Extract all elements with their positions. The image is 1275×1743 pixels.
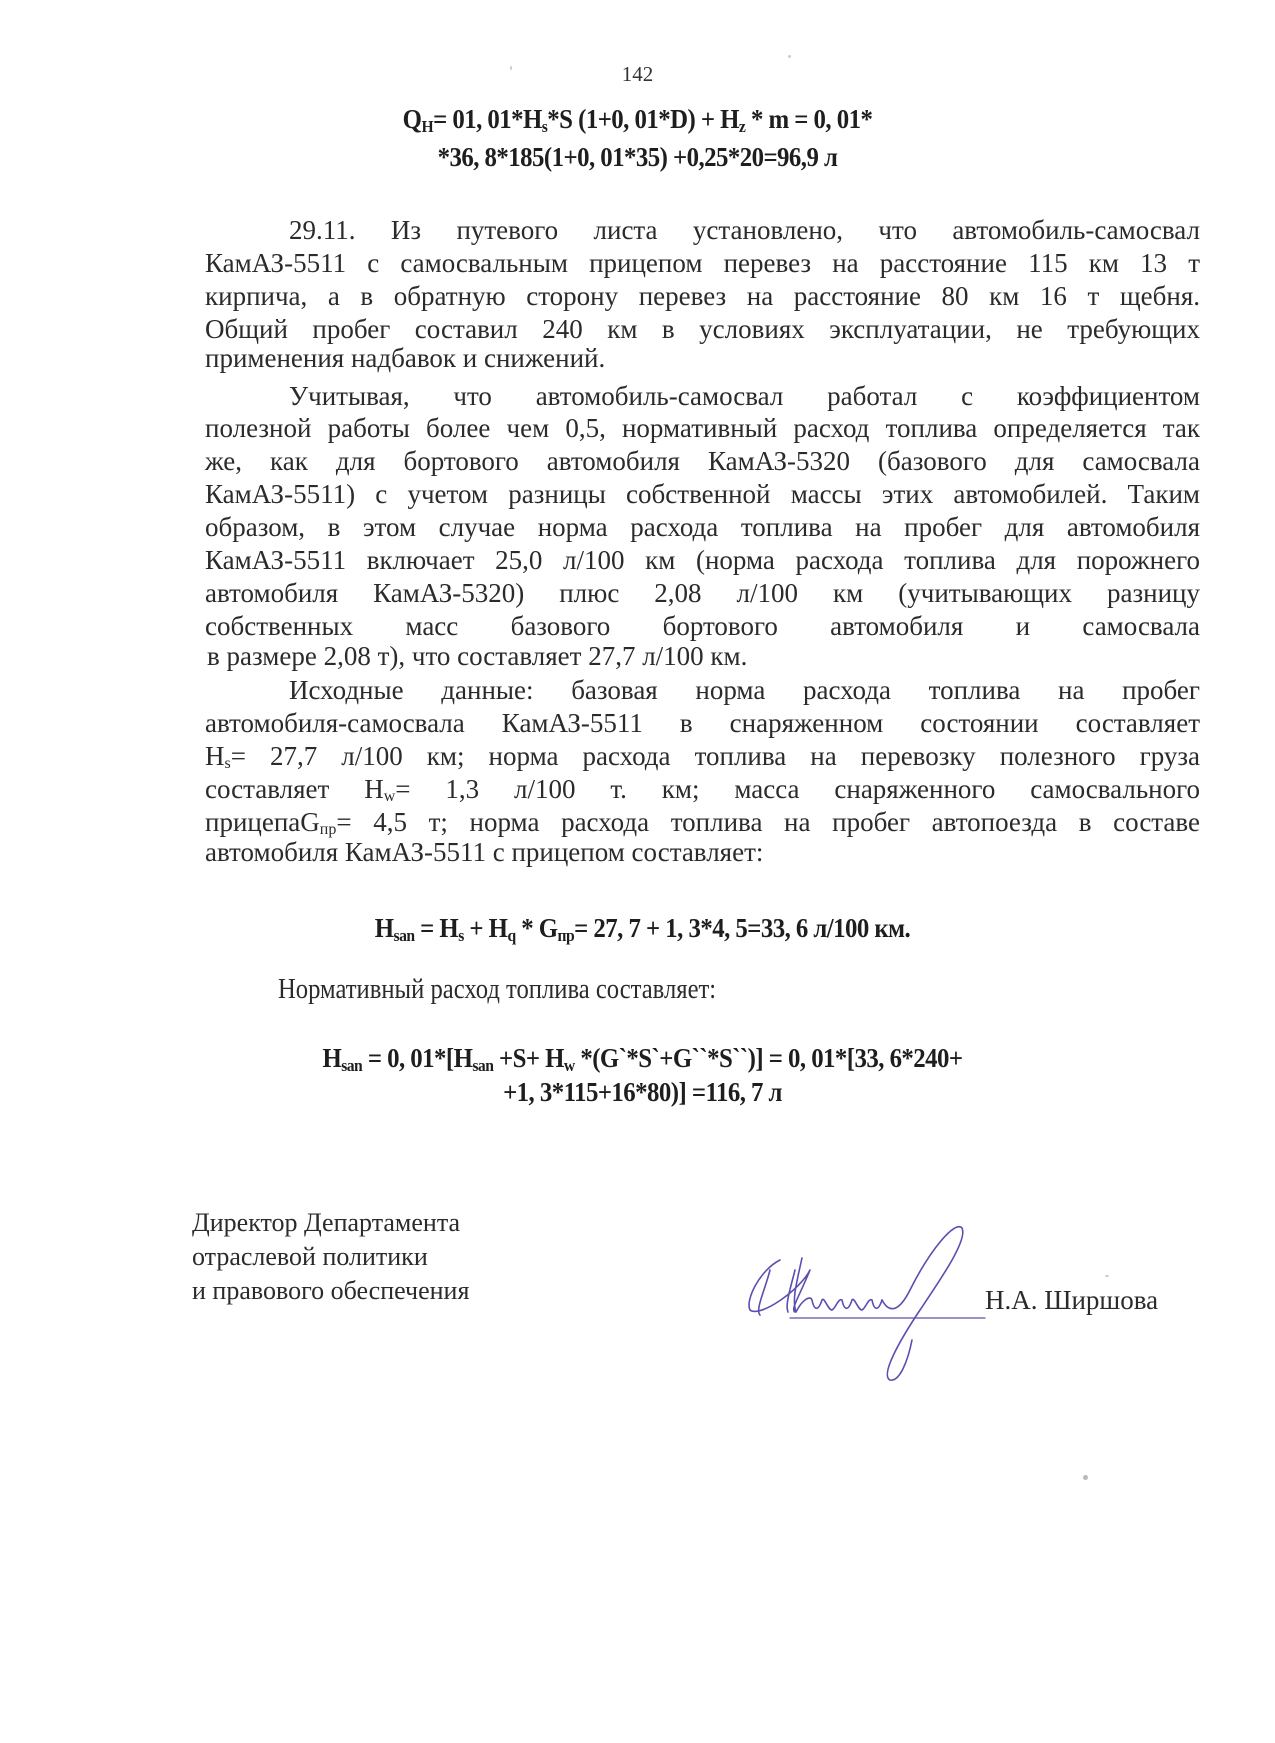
- signatory-title-line: Директор Департамента: [192, 1206, 460, 1240]
- paragraph-2-line: образом, в этом случае норма расхода топ…: [205, 511, 1200, 544]
- formula-hsan-total-line-1: Hsan = 0, 01*[Hsan +S+ Hw *(G`*S`+G``*S`…: [56, 1043, 1229, 1074]
- paragraph-3-line: прицепаGпр= 4,5 т; норма расхода топлива…: [205, 806, 1200, 839]
- paragraph-2-line: полезной работы более чем 0,5, нормативн…: [205, 412, 1200, 445]
- formula-hsan-trailer: Hsan = Hs + Hq * Gпр= 27, 7 + 1, 3*4, 5=…: [56, 913, 1229, 944]
- paragraph-2-line: в размере 2,08 т), что составляет 27,7 л…: [207, 640, 1202, 673]
- paragraph-2-line: КамАЗ-5511 включает 25,0 л/100 км (норма…: [205, 544, 1200, 577]
- document-page: 142 QH= 01, 01*Hs*S (1+0, 01*D) + Hz * m…: [0, 0, 1275, 1743]
- normative-consumption-label: Нормативный расход топлива составляет:: [278, 974, 716, 1006]
- signatory-title-line: и правового обеспечения: [192, 1274, 469, 1308]
- paragraph-3-line: Исходные данные: базовая норма расхода т…: [289, 674, 1200, 707]
- handwritten-signature-icon: [740, 1200, 1000, 1400]
- paragraph-1-line: кирпича, а в обратную сторону перевез на…: [205, 280, 1200, 313]
- scan-speck: [1105, 1275, 1109, 1277]
- scan-speck: [788, 55, 791, 58]
- signatory-name: Н.А. Ширшова: [985, 1285, 1158, 1316]
- paragraph-2-line: же, как для бортового автомобиля КамАЗ-5…: [205, 445, 1200, 478]
- paragraph-2-line: собственных масс базового бортового авто…: [205, 610, 1200, 643]
- paragraph-3-line: Hs= 27,7 л/100 км; норма расхода топлива…: [205, 740, 1200, 773]
- paragraph-2-line: автомобиля КамАЗ-5320) плюс 2,08 л/100 к…: [205, 577, 1200, 610]
- paragraph-2-line: КамАЗ-5511) с учетом разницы собственной…: [205, 478, 1200, 511]
- paragraph-1-line: 29.11. Из путевого листа установлено, чт…: [289, 214, 1200, 247]
- paragraph-3-line: составляет Hw= 1,3 л/100 т. км; масса сн…: [205, 773, 1200, 806]
- paragraph-3-line: автомобиля-самосвала КамАЗ-5511 в снаряж…: [205, 707, 1200, 740]
- paragraph-3-line: автомобиля КамАЗ-5511 с прицепом составл…: [205, 836, 1200, 869]
- paragraph-1-line: КамАЗ-5511 с самосвальным прицепом перев…: [205, 247, 1200, 280]
- scan-speck: [1083, 1475, 1088, 1480]
- paragraph-2-line: Учитывая, что автомобиль-самосвал работа…: [289, 380, 1200, 413]
- formula-qh-line-1: QH= 01, 01*Hs*S (1+0, 01*D) + Hz * m = 0…: [51, 104, 1224, 135]
- page-number: 142: [0, 62, 1275, 87]
- formula-qh-line-2: *36, 8*185(1+0, 01*35) +0,25*20=96,9 л: [51, 142, 1224, 173]
- scan-speck: [510, 66, 512, 70]
- formula-hsan-total-line-2: +1, 3*115+16*80)] =116, 7 л: [56, 1077, 1229, 1108]
- paragraph-1-line: применения надбавок и снижений.: [205, 342, 1200, 375]
- signatory-title-line: отраслевой политики: [192, 1240, 428, 1274]
